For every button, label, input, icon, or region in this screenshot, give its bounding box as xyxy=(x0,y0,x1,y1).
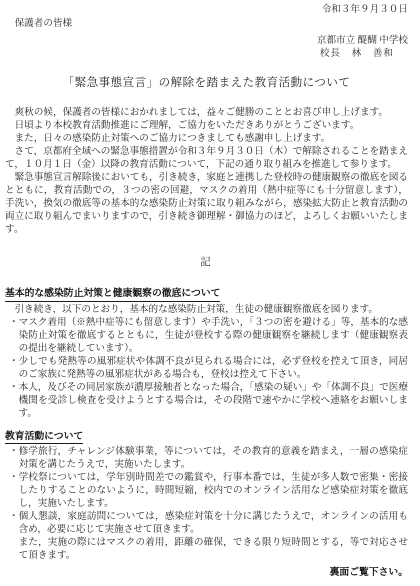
list-item: ・ マスク着用（※熱中症等にも留意します）や手洗い，「３つの密を避ける」等，基本… xyxy=(9,316,408,355)
intro-paragraph: 緊急事態宣言解除後においても，引き続き，家庭と連携した登校時の健康観察の徹底を図… xyxy=(5,171,408,236)
recipient: 保護者の皆様 xyxy=(5,17,408,30)
document-date: 令和３年９月３０日 xyxy=(5,3,408,16)
list-item: ・ 学校祭については，学年別時間差での鑑賞や，行事本番では，生徒が多人数で密集・… xyxy=(9,471,408,510)
list-item: ・ 少しでも発熱等の風邪症状や体調不良が見られる場合には，必ず登校を控えて頂き，… xyxy=(9,355,408,381)
bullet-marker: ・ xyxy=(9,445,19,471)
bullet-list: ・ 修学旅行，チャレンジ体験事業，等については，その教育的意義を踏まえ，一層の感… xyxy=(5,445,408,562)
list-item: ・ 個人懇談，家庭訪問については，感染症対策を十分に講じたうえで，オンラインの活… xyxy=(9,510,408,562)
bullet-marker: ・ xyxy=(9,381,19,420)
section-heading-text: 教育活動について xyxy=(5,430,83,445)
section-heading-text: 基本的な感染防止対策と健康観察の徹底について xyxy=(5,287,220,302)
bullet-text: 少しでも発熱等の風邪症状や体調不良が見られる場合には，必ず登校を控えて頂き，同居… xyxy=(19,355,408,381)
footer-note: 裏面ご覧下さい。 xyxy=(330,566,408,579)
intro-paragraph: 日頃より本校教育活動推進にご理解，ご協力をいただきありがとうございます。 xyxy=(5,119,408,132)
ki-marker: 記 xyxy=(5,256,408,269)
bullet-marker: ・ xyxy=(9,510,19,562)
section-infection-prevention: 基本的な感染防止対策と健康観察の徹底について 引き続き，以下のとおり，基本的な感… xyxy=(5,287,408,420)
section-heading: 基本的な感染防止対策と健康観察の徹底について xyxy=(5,287,408,302)
bullet-text: マスク着用（※熱中症等にも留意します）や手洗い，「３つの密を避ける」等，基本的な… xyxy=(19,316,408,355)
bullet-marker: ・ xyxy=(9,316,19,355)
intro-paragraph: 爽秋の候，保護者の皆様におかれましては，益々ご健勝のこととお喜び申し上げます。 xyxy=(5,106,408,119)
bullet-text: 個人懇談，家庭訪問については，感染症対策を十分に講じたうえで，オンラインの活用も… xyxy=(19,510,408,562)
list-item: ・ 修学旅行，チャレンジ体験事業，等については，その教育的意義を踏まえ，一層の感… xyxy=(9,445,408,471)
school-name: 京都市立 醍醐 中学校 xyxy=(5,34,408,47)
principal-name: 校長 林 善和 xyxy=(5,47,394,60)
bullet-text: 学校祭については，学年別時間差での鑑賞や，行事本番では，生徒が多人数で密集・密接… xyxy=(19,471,408,510)
document-title: 「緊急事態宣言」の解除を踏まえた教育活動について xyxy=(5,77,408,90)
bullet-marker: ・ xyxy=(9,355,19,381)
bullet-text: 修学旅行，チャレンジ体験事業，等については，その教育的意義を踏まえ，一層の感染症… xyxy=(19,445,408,471)
document-page: 令和３年９月３０日 保護者の皆様 京都市立 醍醐 中学校 校長 林 善和 「緊急… xyxy=(0,0,420,586)
bullet-marker: ・ xyxy=(9,471,19,510)
bullet-text: 本人，及びその同居家族が濃厚接触者となった場合，「感染の疑い」や「体調不良」で医… xyxy=(19,381,408,420)
section-intro: 引き続き，以下のとおり，基本的な感染防止対策，生徒の健康観察徹底を図ります。 xyxy=(5,303,408,316)
section-heading: 教育活動について xyxy=(5,430,408,445)
intro-block: 爽秋の候，保護者の皆様におかれましては，益々ご健勝のこととお喜び申し上げます。 … xyxy=(5,106,408,236)
bullet-list: ・ マスク着用（※熱中症等にも留意します）や手洗い，「３つの密を避ける」等，基本… xyxy=(5,316,408,420)
intro-paragraph: さて，京都府全域への緊急事態措置が令和３年９月３０日（木）で解除されることを踏ま… xyxy=(5,145,408,171)
list-item: ・ 本人，及びその同居家族が濃厚接触者となった場合，「感染の疑い」や「体調不良」… xyxy=(9,381,408,420)
section-educational-activities: 教育活動について ・ 修学旅行，チャレンジ体験事業，等については，その教育的意義… xyxy=(5,430,408,563)
intro-paragraph: また，日々の感染防止対策へのご協力につきましても感謝申し上げます。 xyxy=(5,132,408,145)
